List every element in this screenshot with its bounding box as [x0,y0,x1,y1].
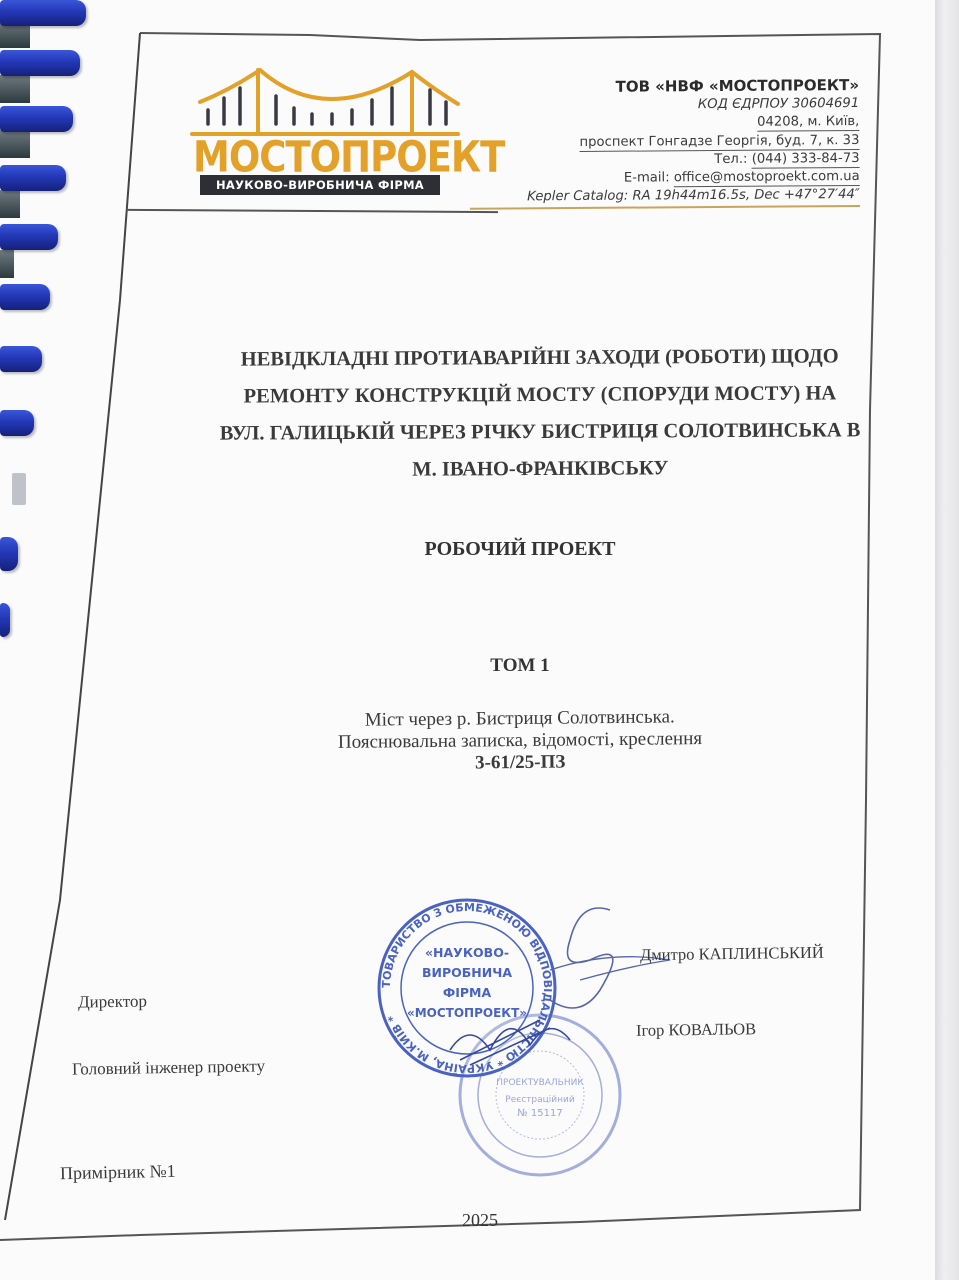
binding-ring [0,0,86,26]
signature-role-director: Директор [78,992,147,1013]
binding-ring [0,410,34,436]
binding-ring [0,106,73,132]
company-street: проспект Гонгадзе Георгія, буд. 7, к. 33 [579,133,859,152]
svg-text:№ 15117: № 15117 [517,1108,562,1119]
title-line: РЕМОНТУ КОНСТРУКЦІЙ МОСТУ (СПОРУДИ МОСТУ… [180,375,900,416]
spiral-binding [0,0,90,700]
copy-number: Примірник №1 [60,1161,176,1184]
binding-ring [0,224,58,250]
signature-role-chief-engineer: Головний інженер проекту [72,1056,265,1079]
title-line: М. ІВАНО-ФРАНКІВСЬКУ [180,449,900,490]
binding-ring [0,165,66,191]
company-contact-block: ТОВ «НВФ «МОСТОПРОЕКТ» КОД ЄДРПОУ 306046… [479,76,860,210]
logo-tagline: НАУКОВО-ВИРОБНИЧА ФІРМА [200,175,440,195]
binding-ring [0,50,80,76]
title-line: НЕВІДКЛАДНІ ПРОТИАВАРІЙНІ ЗАХОДИ (РОБОТИ… [180,338,900,379]
header-divider [126,209,498,213]
binding-ring [0,284,50,310]
email-label: E-mail: [624,170,674,185]
project-stage: РОБОЧИЙ ПРОЕКТ [270,538,770,561]
company-city: 04208, м. Київ, [757,114,859,132]
document-code: 3-61/25-ПЗ [250,749,790,777]
binding-ring [0,603,10,637]
signature-name-chief-engineer: Ігор КОВАЛЬОВ [636,1019,756,1041]
binding-ring [0,537,18,571]
document-year: 2025 [462,1210,498,1231]
volume-description: Міст через р. Бистриця Солотвинська. Поя… [250,705,791,777]
binding-ring [0,346,42,372]
company-email-link[interactable]: office@mostoproekt.com.ua [674,169,860,187]
cover-page: МОСТОПРОЕКТ НАУКОВО-ВИРОБНИЧА ФІРМА ТОВ … [0,0,935,1280]
phone-label: Тел.: [714,152,752,167]
volume-number: ТОМ 1 [270,655,770,677]
company-name: ТОВ «НВФ «МОСТОПРОЕКТ» [479,76,859,97]
signature-name-director: Дмитро КАПЛИНСЬКИЙ [640,943,824,966]
company-phone: (044) 333-84-73 [752,151,860,169]
title-line: ВУЛ. ГАЛИЦЬКІЙ ЧЕРЕЗ РІЧКУ БИСТРИЦЯ СОЛО… [180,412,900,453]
signature-scribble-icon [430,900,690,1080]
company-catalog: Kepler Catalog: RA 19h44m16.5s, Dec +47°… [480,186,860,207]
logo-wordmark: МОСТОПРОЕКТ [193,136,455,180]
document-title: НЕВІДКЛАДНІ ПРОТИАВАРІЙНІ ЗАХОДИ (РОБОТИ… [180,338,901,490]
svg-text:Реєстраційний: Реєстраційний [505,1095,575,1105]
